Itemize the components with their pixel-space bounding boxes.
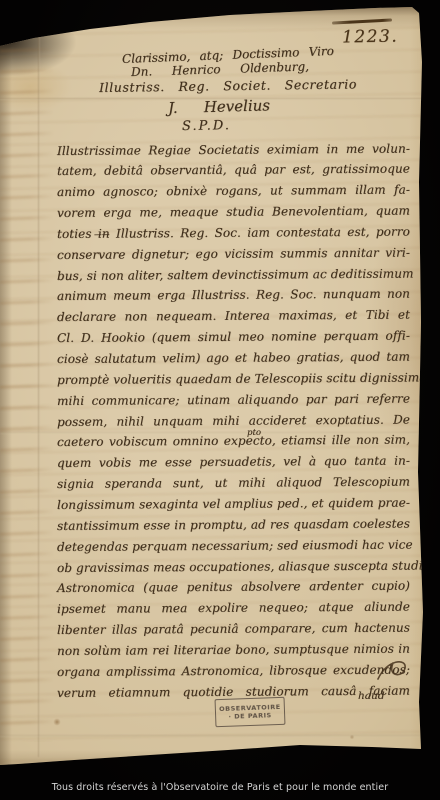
salutation-abbreviation: S.P.D.	[182, 118, 234, 134]
manuscript-line: toties i̶n̶ Illustriss. Reg. Soc. iam co…	[57, 224, 410, 241]
manuscript-line: mihi communicare; utinam aliquando par p…	[57, 391, 410, 408]
manuscript-line: Cl. D. Hookio (quem simul meo nomine per…	[57, 329, 410, 346]
manuscript-line: promptè volueritis quaedam de Telescopii…	[57, 370, 410, 387]
manuscript-line: non solùm iam rei literariae bono, sumpt…	[57, 641, 410, 658]
manuscript-page: 1223. Clarissimo, atq; Doctissimo Viro D…	[0, 2, 428, 770]
copyright-caption: Tous droits réservés à l'Observatoire de…	[0, 782, 440, 793]
manuscript-line: detegendas perquam necessarium; sed eius…	[57, 537, 410, 554]
manuscript-line: declarare non nequeam. Interea maximas, …	[57, 308, 410, 325]
pen-flourish	[374, 656, 414, 684]
manuscript-line: conservare dignetur; ego vicissim summis…	[57, 245, 410, 262]
manuscript-line: libenter illas paratâ pecuniâ comparare,…	[57, 621, 410, 638]
stamp-line-2: · DE PARIS	[228, 712, 271, 721]
manuscript-line: animum meum erga Illustriss. Reg. Soc. n…	[57, 287, 410, 304]
manuscript-line: vorem erga me, meaque studia Benevolenti…	[57, 204, 410, 221]
horizontal-fold-crease	[0, 735, 428, 737]
catchword: haud	[358, 690, 385, 702]
manuscript-line: possem, nihil unquam mihi accideret exop…	[57, 412, 410, 429]
manuscript-line: tatem, debitâ observantiâ, quâ par est, …	[57, 162, 410, 179]
manuscript-line: stantissimum esse in promptu, ad res qua…	[57, 516, 410, 533]
manuscript-line: ipsemet manu mea expolire nequeo; atque …	[57, 600, 410, 617]
manuscript-line: ob gravissimas meas occupationes, aliasq…	[57, 558, 410, 575]
manuscript-line: Illustrissimae Regiae Societatis eximiam…	[57, 141, 410, 158]
sender-name: J. Hevelius	[168, 96, 270, 117]
superscript-abbreviation: pto	[247, 428, 261, 438]
manuscript-line: quem vobis me esse persuadetis, vel à qu…	[57, 454, 410, 471]
manuscript-line: ciosè salutatum velim) ago et habeo grat…	[57, 350, 410, 367]
manuscript-line: caetero vobiscum omnino expecto, etiamsi…	[57, 433, 410, 450]
manuscript-line: longissimum sexaginta vel amplius ped., …	[57, 495, 410, 512]
manuscript-line: Astronomica (quae penitus absolvere arde…	[57, 579, 410, 596]
archive-number: 1223.	[342, 27, 399, 48]
observatoire-de-paris-stamp: OBSERVATOIRE · DE PARIS	[215, 697, 286, 727]
manuscript-line: animo agnosco; obnixè rogans, ut summam …	[57, 183, 410, 200]
vertical-fold-crease	[38, 22, 40, 757]
photo-background: 1223. Clarissimo, atq; Doctissimo Viro D…	[0, 0, 440, 800]
verso-show-through	[0, 42, 54, 742]
manuscript-line: organa amplissima Astronomica, librosque…	[57, 662, 410, 679]
manuscript-line: signia speranda sunt, ut mihi aliquod Te…	[57, 475, 410, 492]
manuscript-line: bus, si non aliter, saltem devinctissimu…	[57, 266, 410, 283]
